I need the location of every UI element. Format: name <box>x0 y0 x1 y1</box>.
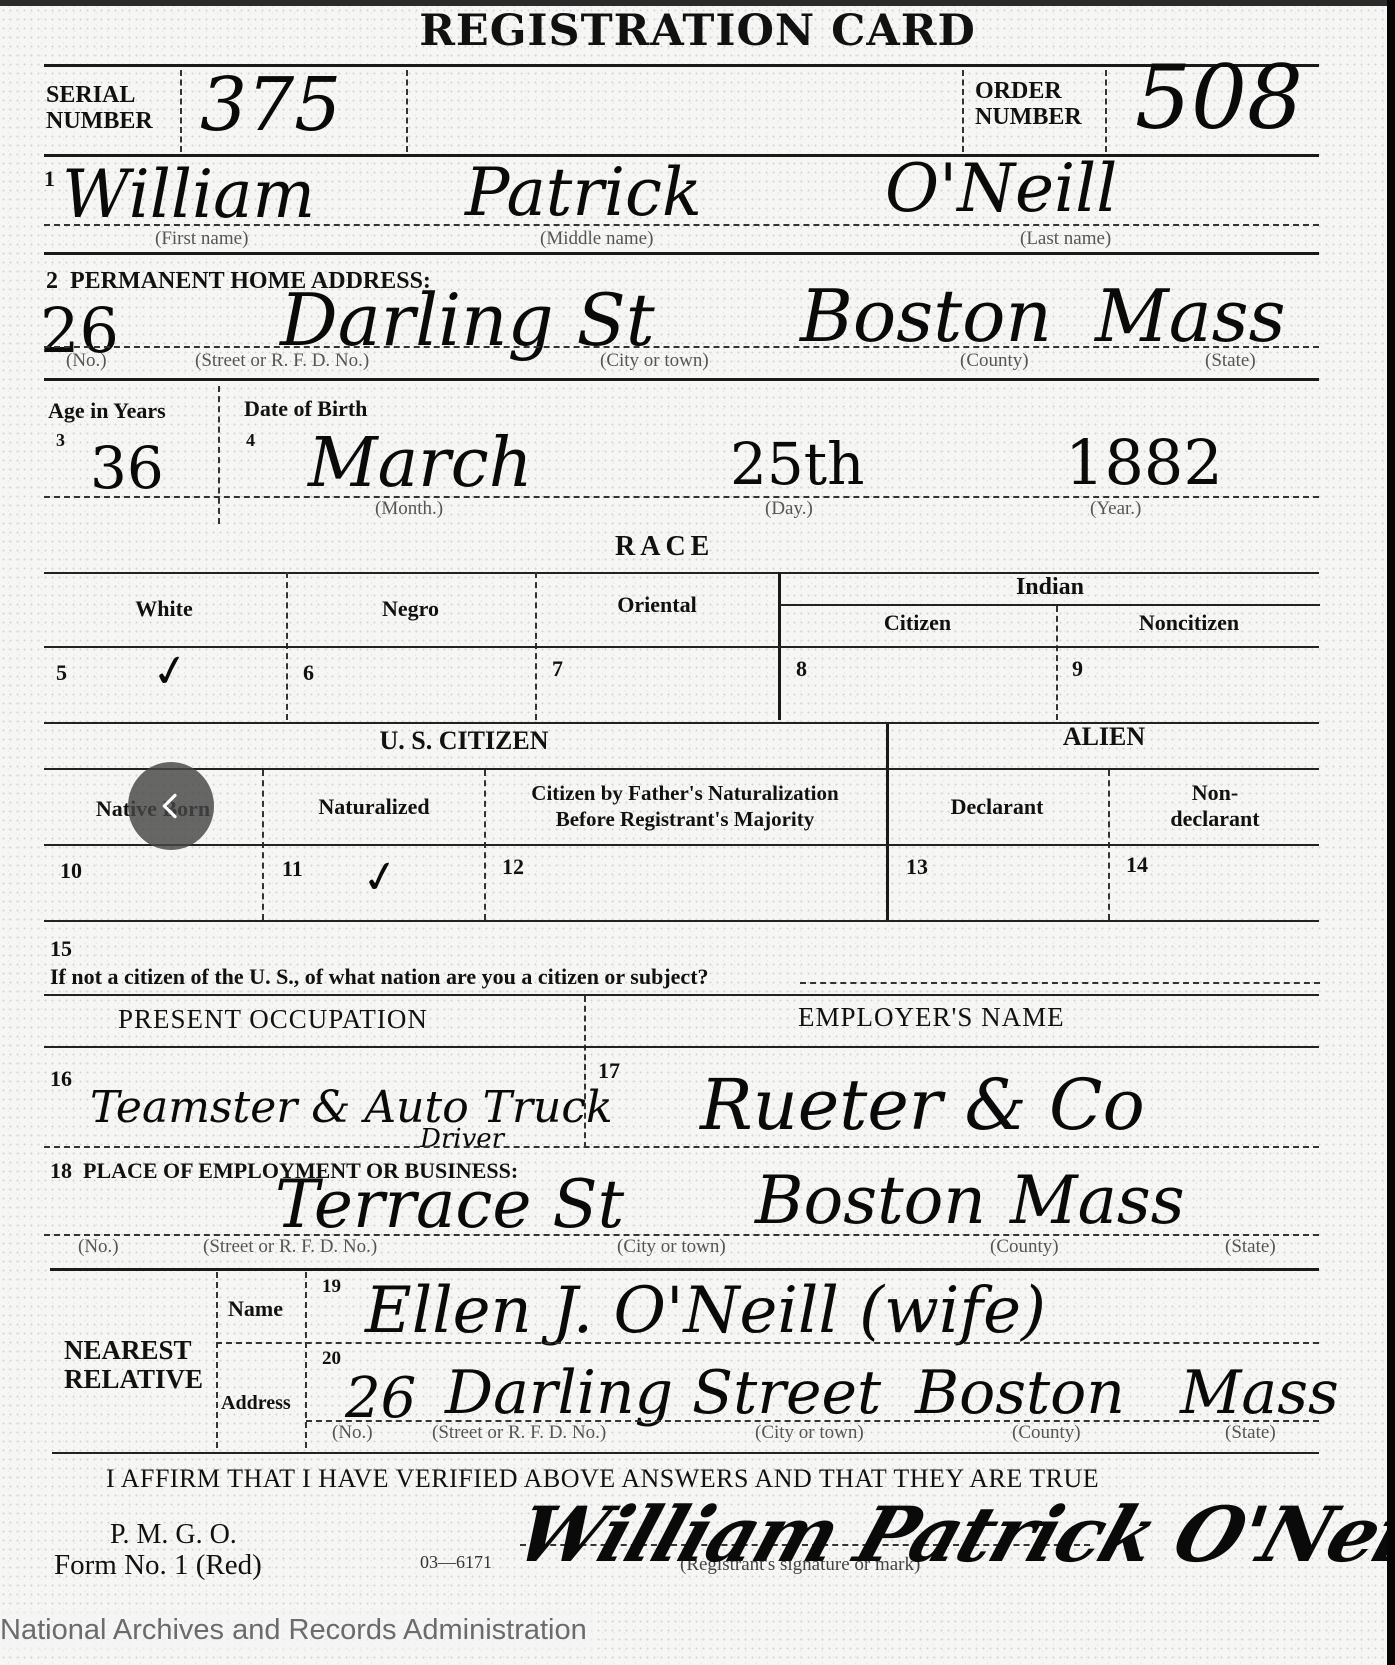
age-label: Age in Years <box>48 398 166 424</box>
caption: (Street or R. F. D. No.) <box>203 1236 377 1258</box>
race-negro-label: Negro <box>288 596 533 622</box>
dob-month: March <box>308 424 533 503</box>
naturalized-label: Naturalized <box>264 794 484 820</box>
field-number: 10 <box>60 858 82 884</box>
divider <box>44 1046 1319 1048</box>
previous-image-button[interactable] <box>128 762 214 850</box>
order-number-value: 508 <box>1135 46 1303 149</box>
serial-number-value: 375 <box>200 62 341 148</box>
divider <box>44 646 1319 648</box>
first-name-caption: (First name) <box>155 228 248 250</box>
naturalized-checkmark: ✓ <box>358 849 403 906</box>
field-number: 19 <box>322 1276 341 1298</box>
race-heading: RACE <box>615 534 714 560</box>
field-number: 17 <box>598 1058 620 1084</box>
declarant-label: Declarant <box>888 794 1106 820</box>
first-name-value: William <box>62 156 315 233</box>
caption: (City or town) <box>755 1422 864 1444</box>
caption: (No.) <box>66 350 107 372</box>
print-code: 03—6171 <box>420 1552 492 1573</box>
caption: (County) <box>960 350 1029 372</box>
divider <box>44 844 1319 846</box>
citizen-by-father-label: Citizen by Father's Naturalization Befor… <box>486 780 884 832</box>
occupation-value: Teamster & Auto Truck <box>90 1082 613 1133</box>
nearest-relative-label: NEAREST RELATIVE <box>64 1336 203 1394</box>
caption: (City or town) <box>617 1236 726 1258</box>
divider <box>216 1272 218 1448</box>
chevron-left-icon <box>155 790 187 822</box>
divider <box>216 1342 1319 1344</box>
occupation-value-line2: Driver <box>420 1124 504 1154</box>
caption: (State) <box>1225 1422 1276 1444</box>
caption: (Month.) <box>375 498 443 520</box>
divider <box>962 70 964 152</box>
relative-address-city: Boston <box>915 1358 1125 1428</box>
caption: (Street or R. F. D. No.) <box>195 350 369 372</box>
field-number: 20 <box>322 1348 341 1370</box>
relative-address-state: Mass <box>1180 1358 1339 1428</box>
divider <box>44 378 1319 381</box>
race-indian-citizen-label: Citizen <box>780 610 1055 636</box>
divider <box>406 70 408 152</box>
divider <box>218 386 220 524</box>
caption: (No.) <box>78 1236 119 1258</box>
field-number: 6 <box>303 660 314 686</box>
race-white-checkmark: ✓ <box>148 643 193 700</box>
field-number: 16 <box>50 1066 72 1092</box>
caption: (No.) <box>332 1422 373 1444</box>
caption: (State) <box>1205 350 1256 372</box>
employment-street: Terrace St <box>275 1166 624 1243</box>
field-number: 13 <box>906 854 928 880</box>
divider <box>180 70 182 152</box>
divider <box>886 724 889 920</box>
race-indian-noncitizen-label: Noncitizen <box>1058 610 1320 636</box>
caption: (County) <box>990 1236 1059 1258</box>
middle-name-caption: (Middle name) <box>540 228 653 250</box>
caption: (City or town) <box>600 350 709 372</box>
divider <box>52 1452 1319 1454</box>
middle-name-value: Patrick <box>465 154 702 231</box>
divider <box>44 994 1319 996</box>
image-credit-caption: National Archives and Records Administra… <box>0 1610 593 1650</box>
employer-value: Rueter & Co <box>700 1064 1145 1146</box>
non-declarant-label: Non- declarant <box>1110 780 1320 832</box>
field-number: 5 <box>56 660 67 686</box>
registration-card-image: REGISTRATION CARD SERIAL NUMBER 375 ORDE… <box>0 6 1387 1665</box>
form-id-line1: P. M. G. O. <box>110 1522 237 1548</box>
employer-heading: EMPLOYER'S NAME <box>798 1004 1065 1030</box>
divider <box>1105 70 1107 152</box>
relative-name-value: Ellen J. O'Neill (wife) <box>365 1274 1046 1348</box>
last-name-value: O'Neill <box>885 150 1117 227</box>
race-white-label: White <box>44 596 284 622</box>
registrant-signature: William Patrick O'Neill <box>506 1490 1395 1579</box>
nation-question-label: If not a citizen of the U. S., of what n… <box>50 964 709 990</box>
caption: (County) <box>1012 1422 1081 1444</box>
field-number: 1 <box>44 166 55 192</box>
field-number: 4 <box>246 430 255 451</box>
serial-number-label: SERIAL NUMBER <box>46 82 153 134</box>
form-id-line2: Form No. 1 (Red) <box>54 1552 262 1578</box>
field-number: 15 <box>50 936 72 962</box>
field-number: 9 <box>1072 656 1083 682</box>
caption: (Street or R. F. D. No.) <box>432 1422 606 1444</box>
field-number: 7 <box>552 656 563 682</box>
field-number: 8 <box>796 656 807 682</box>
dob-label: Date of Birth <box>244 396 367 422</box>
occupation-heading: PRESENT OCCUPATION <box>118 1006 428 1032</box>
caption: (State) <box>1225 1236 1276 1258</box>
dob-day: 25th <box>730 430 864 498</box>
relative-address-street: Darling Street <box>445 1358 881 1428</box>
caption: (Year.) <box>1090 498 1141 520</box>
last-name-caption: (Last name) <box>1020 228 1111 250</box>
divider <box>44 1146 1319 1148</box>
employment-city: Boston <box>755 1162 986 1239</box>
order-number-label: ORDER NUMBER <box>975 78 1082 130</box>
relative-name-label: Name <box>228 1296 283 1322</box>
divider <box>44 252 1319 255</box>
race-indian-heading: Indian <box>780 574 1320 600</box>
us-citizen-heading: U. S. CITIZEN <box>44 728 884 754</box>
field-number: 3 <box>56 430 65 451</box>
dob-year: 1882 <box>1065 426 1223 499</box>
divider <box>800 982 1320 984</box>
divider <box>44 920 1319 922</box>
field-number: 12 <box>502 854 524 880</box>
caption: (Day.) <box>765 498 813 520</box>
affirmation-text: I AFFIRM THAT I HAVE VERIFIED ABOVE ANSW… <box>106 1466 1099 1492</box>
field-number: 14 <box>1126 852 1148 878</box>
divider <box>44 768 1319 770</box>
field-number: 11 <box>282 856 303 882</box>
viewer-right-edge <box>1387 0 1395 1665</box>
divider <box>50 1268 1319 1271</box>
age-value: 36 <box>90 434 164 502</box>
divider <box>44 224 1319 226</box>
divider <box>44 346 1319 348</box>
employment-state: Mass <box>1010 1162 1185 1239</box>
divider <box>780 604 1320 606</box>
alien-heading: ALIEN <box>888 724 1320 750</box>
relative-address-label: Address <box>221 1390 291 1416</box>
race-oriental-label: Oriental <box>537 592 777 618</box>
